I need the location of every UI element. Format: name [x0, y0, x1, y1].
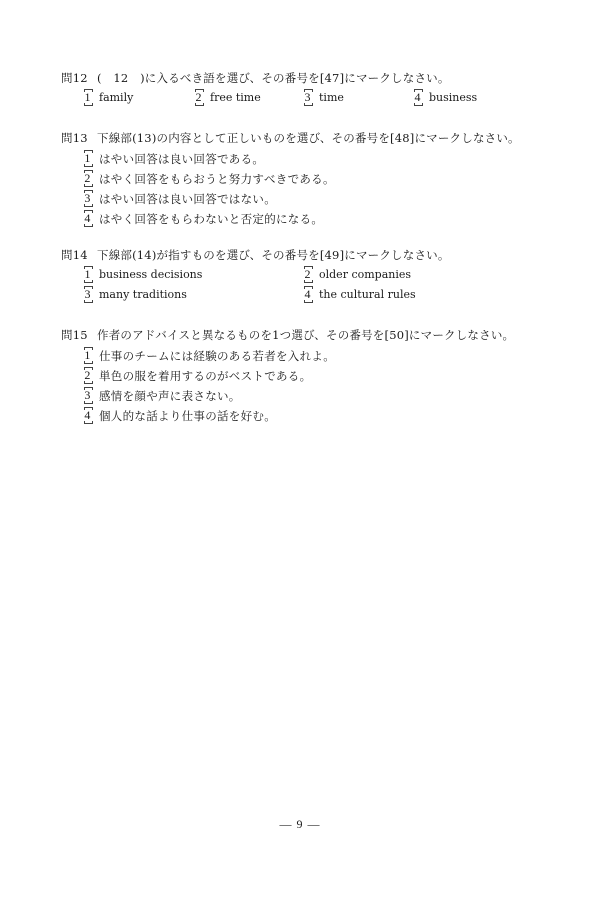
question-prompt: 作者のアドバイスと異なるものを1つ選び、その番号を[50]にマークしなさい。 [97, 328, 514, 342]
option-marker-1: 1 [83, 267, 92, 281]
option-text: the cultural rules [319, 288, 416, 301]
option-marker-2: 2 [83, 171, 92, 185]
question-prompt: 下線部(14)が指すものを選び、その番号を[49]にマークしなさい。 [97, 248, 450, 262]
option-2[interactable]: 2単色の服を着用するのがベストである。 [83, 365, 311, 385]
option-row: 4はやく回答をもらわないと否定的になる。 [61, 208, 561, 228]
option-4[interactable]: 4business [413, 88, 477, 108]
question-13: 問13下線部(13)の内容として正しいものを選び、その番号を[48]にマークしな… [61, 128, 561, 228]
option-3[interactable]: 3time [303, 88, 344, 108]
question-number: 問12 [61, 68, 97, 88]
option-text: はやい回答は良い回答である。 [99, 152, 264, 166]
option-1[interactable]: 1仕事のチームには経験のある若者を入れよ。 [83, 345, 335, 365]
option-2[interactable]: 2free time [194, 88, 261, 108]
option-text: many traditions [99, 288, 187, 301]
option-text: 仕事のチームには経験のある若者を入れよ。 [99, 349, 335, 363]
option-row: 1family 2free time 3time 4business [61, 88, 561, 108]
option-marker-2: 2 [194, 90, 203, 104]
option-marker-1: 1 [83, 151, 92, 165]
option-marker-3: 3 [303, 90, 312, 104]
option-row: 2単色の服を着用するのがベストである。 [61, 365, 561, 385]
option-marker-3: 3 [83, 287, 92, 301]
question-prompt: ( 12 )に入るべき語を選び、その番号を[47]にマークしなさい。 [97, 71, 450, 85]
option-text: 単色の服を着用するのがベストである。 [99, 369, 311, 383]
option-4[interactable]: 4the cultural rules [303, 285, 416, 305]
option-marker-2: 2 [83, 368, 92, 382]
option-row: 3感情を顔や声に表さない。 [61, 385, 561, 405]
option-marker-1: 1 [83, 348, 92, 362]
exam-page: 問12( 12 )に入るべき語を選び、その番号を[47]にマークしなさい。 1f… [0, 0, 600, 900]
question-12: 問12( 12 )に入るべき語を選び、その番号を[47]にマークしなさい。 1f… [61, 68, 561, 108]
option-marker-4: 4 [413, 90, 422, 104]
question-prompt: 下線部(13)の内容として正しいものを選び、その番号を[48]にマークしなさい。 [97, 131, 520, 145]
question-number: 問13 [61, 128, 97, 148]
question-header: 問12( 12 )に入るべき語を選び、その番号を[47]にマークしなさい。 [61, 68, 561, 88]
option-row: 1はやい回答は良い回答である。 [61, 148, 561, 168]
option-4[interactable]: 4はやく回答をもらわないと否定的になる。 [83, 208, 323, 228]
option-marker-3: 3 [83, 388, 92, 402]
option-4[interactable]: 4個人的な話より仕事の話を好む。 [83, 405, 276, 425]
option-text: はやく回答をもらわないと否定的になる。 [99, 212, 323, 226]
question-header: 問13下線部(13)の内容として正しいものを選び、その番号を[48]にマークしな… [61, 128, 561, 148]
option-marker-3: 3 [83, 191, 92, 205]
option-text: 感情を顔や声に表さない。 [99, 389, 241, 403]
option-text: older companies [319, 268, 411, 281]
option-row: 4個人的な話より仕事の話を好む。 [61, 405, 561, 425]
option-marker-2: 2 [303, 267, 312, 281]
option-3[interactable]: 3感情を顔や声に表さない。 [83, 385, 241, 405]
option-1[interactable]: 1business decisions [83, 265, 202, 285]
option-row: 2はやく回答をもらおうと努力すべきである。 [61, 168, 561, 188]
option-text: free time [210, 91, 261, 104]
option-text: business [429, 91, 477, 104]
option-text: business decisions [99, 268, 202, 281]
option-row: 1business decisions 2older companies [61, 265, 561, 285]
option-2[interactable]: 2older companies [303, 265, 411, 285]
option-marker-4: 4 [83, 211, 92, 225]
option-text: family [99, 91, 133, 104]
option-text: はやい回答は良い回答ではない。 [99, 192, 276, 206]
question-header: 問14下線部(14)が指すものを選び、その番号を[49]にマークしなさい。 [61, 245, 561, 265]
option-marker-4: 4 [303, 287, 312, 301]
option-text: はやく回答をもらおうと努力すべきである。 [99, 172, 335, 186]
option-1[interactable]: 1はやい回答は良い回答である。 [83, 148, 264, 168]
option-marker-4: 4 [83, 408, 92, 422]
option-text: 個人的な話より仕事の話を好む。 [99, 409, 276, 423]
question-15: 問15作者のアドバイスと異なるものを1つ選び、その番号を[50]にマークしなさい… [61, 325, 561, 425]
option-2[interactable]: 2はやく回答をもらおうと努力すべきである。 [83, 168, 335, 188]
question-header: 問15作者のアドバイスと異なるものを1つ選び、その番号を[50]にマークしなさい… [61, 325, 561, 345]
option-row: 1仕事のチームには経験のある若者を入れよ。 [61, 345, 561, 365]
page-number: — 9 — [0, 817, 600, 832]
option-1[interactable]: 1family [83, 88, 133, 108]
question-14: 問14下線部(14)が指すものを選び、その番号を[49]にマークしなさい。 1b… [61, 245, 561, 305]
question-number: 問15 [61, 325, 97, 345]
option-row: 3many traditions 4the cultural rules [61, 285, 561, 305]
option-text: time [319, 91, 344, 104]
option-3[interactable]: 3many traditions [83, 285, 187, 305]
option-row: 3はやい回答は良い回答ではない。 [61, 188, 561, 208]
option-marker-1: 1 [83, 90, 92, 104]
option-3[interactable]: 3はやい回答は良い回答ではない。 [83, 188, 276, 208]
question-number: 問14 [61, 245, 97, 265]
